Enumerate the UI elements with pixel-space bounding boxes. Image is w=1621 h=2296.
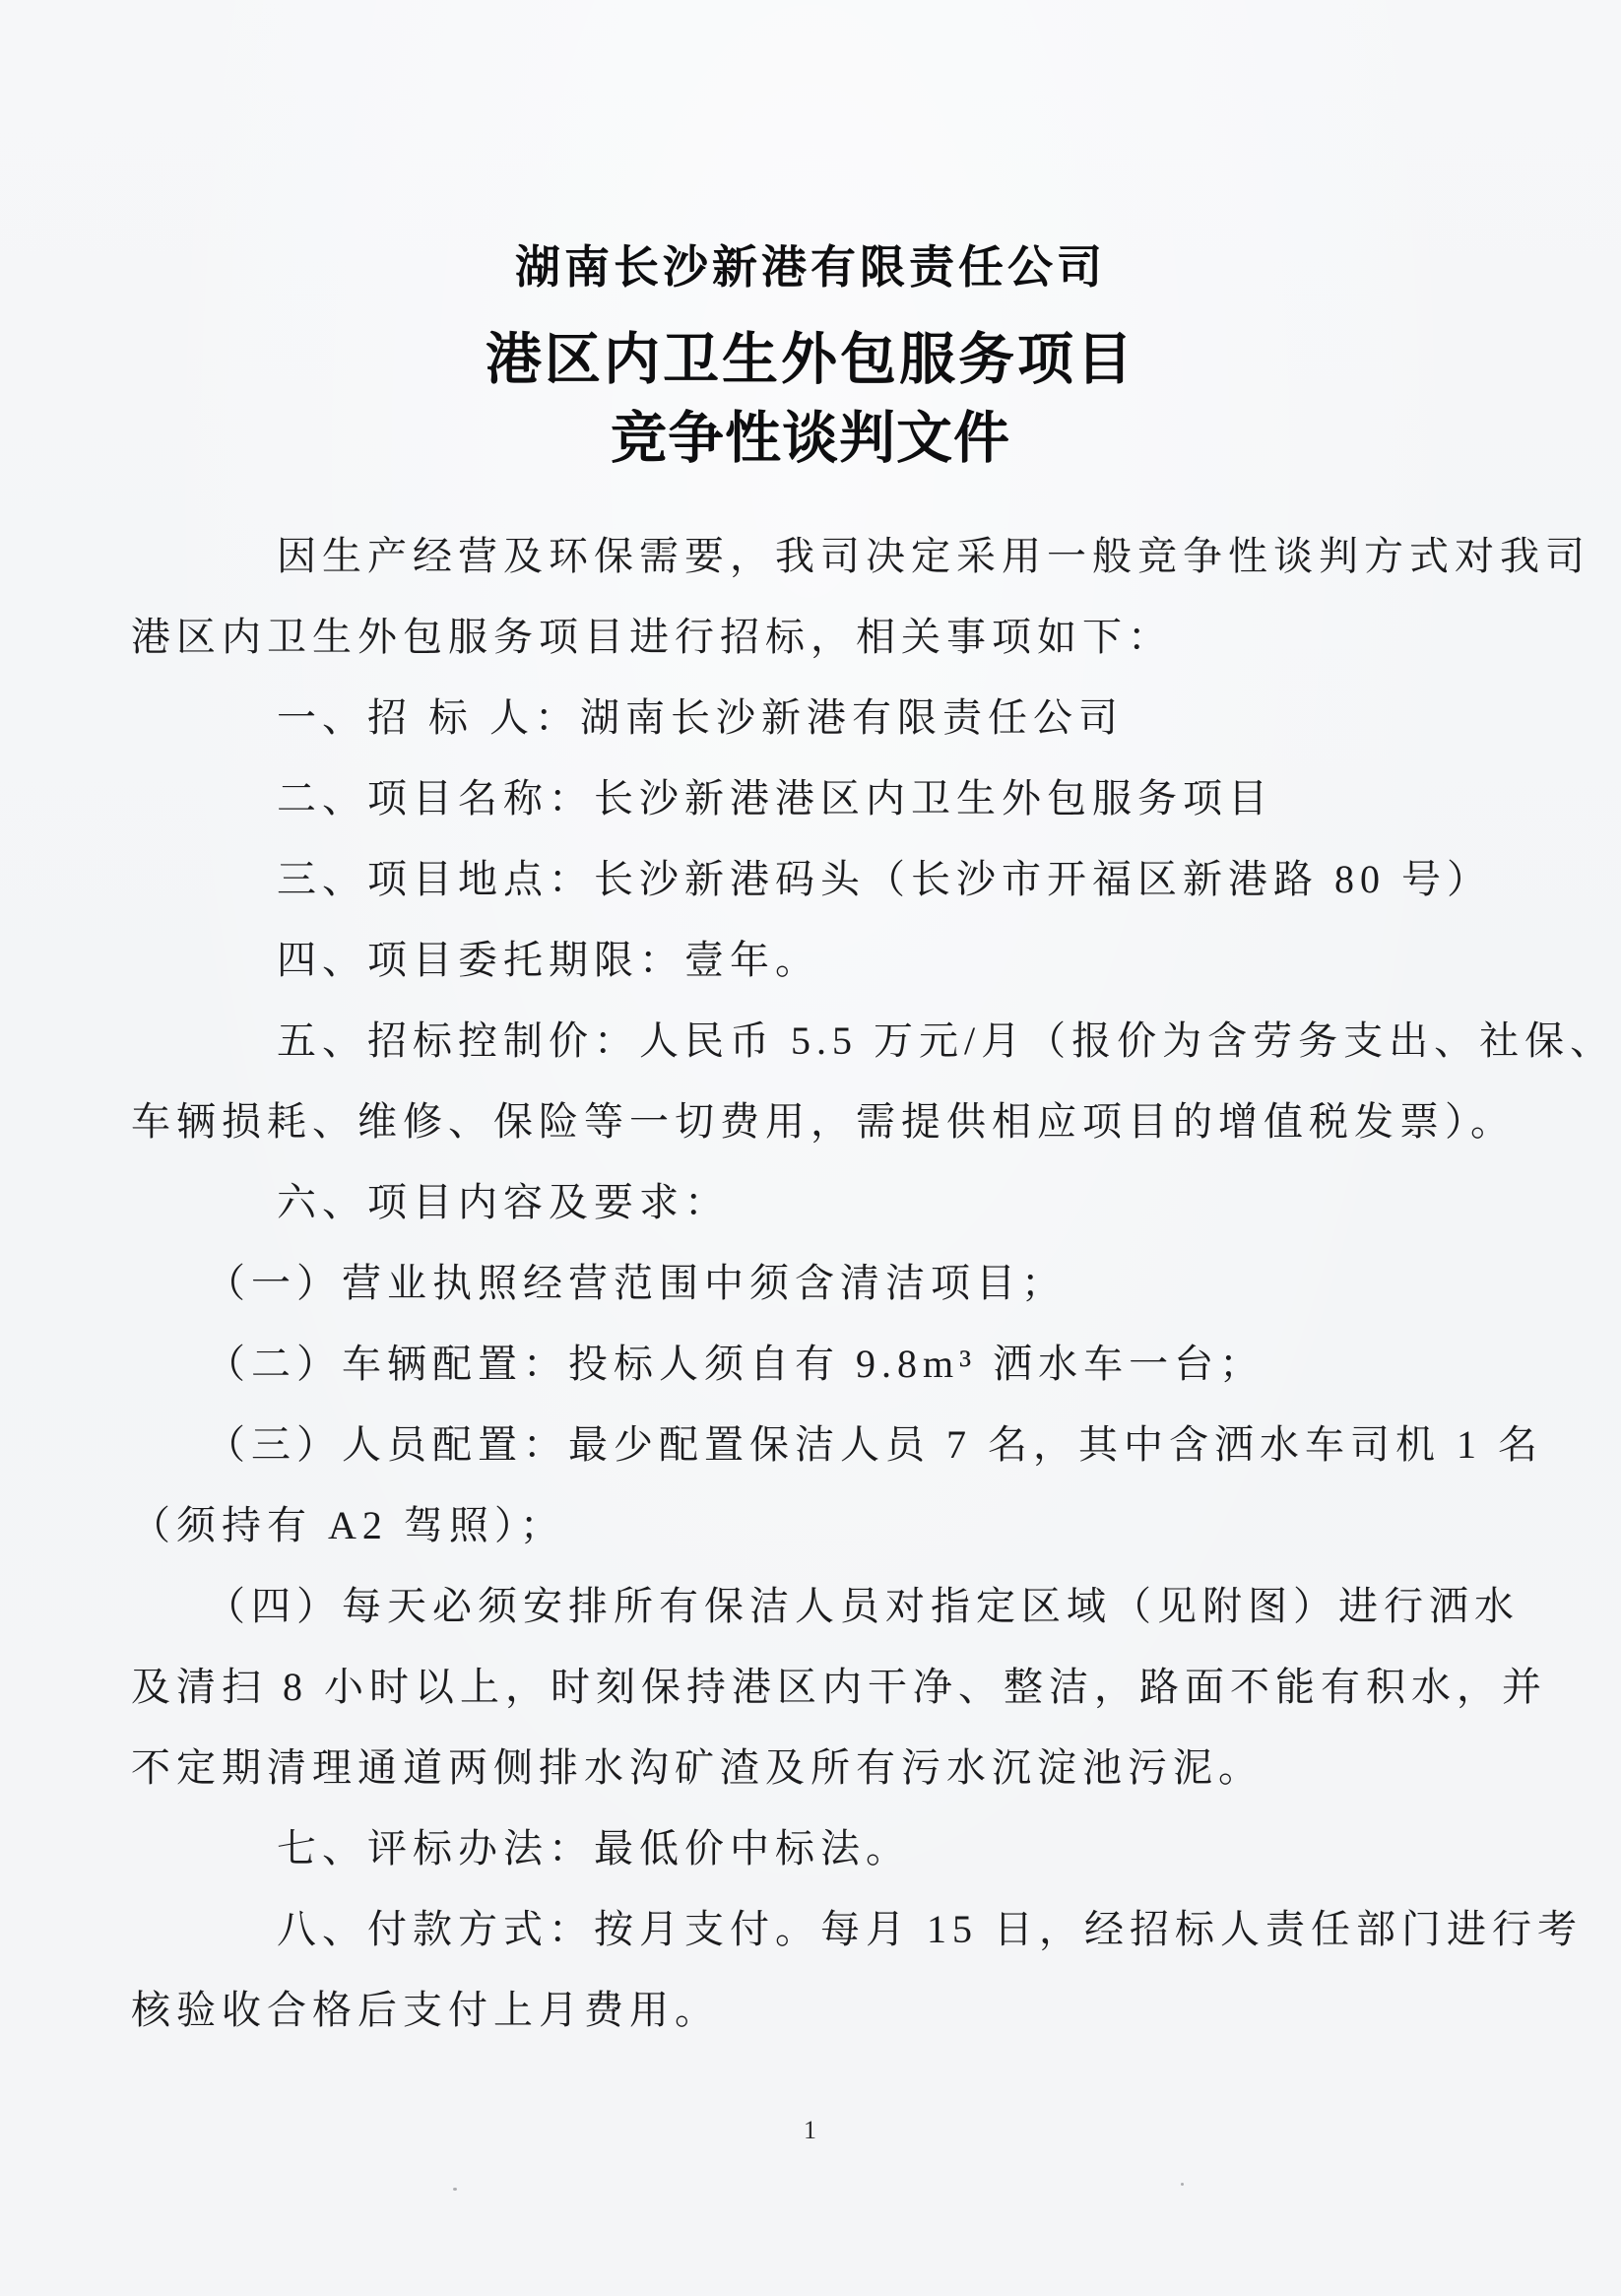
item-6-content-requirements: 六、项目内容及要求： <box>131 1162 1495 1243</box>
item-6-sub-4-daily-cleaning-cont-1: 及清扫 8 小时以上，时刻保持港区内干净、整洁，路面不能有积水，并 <box>131 1647 1495 1728</box>
title-company: 湖南长沙新港有限责任公司 <box>0 236 1621 299</box>
item-8-payment-method: 八、付款方式：按月支付。每月 15 日，经招标人责任部门进行考 <box>131 1889 1495 1970</box>
intro-line-2: 港区内卫生外包服务项目进行招标，相关事项如下： <box>131 597 1495 678</box>
scan-artifact-dot <box>453 2188 457 2191</box>
item-6-sub-3-staff-config-cont: （须持有 A2 驾照）； <box>131 1485 1495 1566</box>
item-6-sub-3-staff-config: （三）人员配置：最少配置保洁人员 7 名，其中含洒水车司机 1 名 <box>131 1405 1495 1485</box>
item-4-entrust-period: 四、项目委托期限：壹年。 <box>131 920 1495 1001</box>
scan-artifact-dot <box>1181 2183 1184 2186</box>
page-footer: 1 <box>0 2116 1621 2145</box>
page-number: 1 <box>804 2116 817 2144</box>
item-6-sub-1-business-license: （一）营业执照经营范围中须含清洁项目； <box>131 1243 1495 1324</box>
item-1-bidder: 一、招 标 人：湖南长沙新港有限责任公司 <box>131 678 1495 758</box>
title-project: 港区内卫生外包服务项目 <box>0 323 1621 398</box>
item-5-control-price-cont: 车辆损耗、维修、保险等一切费用，需提供相应项目的增值税发票）。 <box>131 1082 1495 1162</box>
document-body: 因生产经营及环保需要，我司决定采用一般竞争性谈判方式对我司 港区内卫生外包服务项… <box>131 516 1495 2051</box>
item-2-project-name: 二、项目名称：长沙新港港区内卫生外包服务项目 <box>131 758 1495 839</box>
item-6-sub-4-daily-cleaning: （四）每天必须安排所有保洁人员对指定区域（见附图）进行洒水 <box>131 1566 1495 1647</box>
item-3-project-location: 三、项目地点：长沙新港码头（长沙市开福区新港路 80 号） <box>131 839 1495 920</box>
item-5-control-price: 五、招标控制价：人民币 5.5 万元/月（报价为含劳务支出、社保、 <box>131 1001 1495 1082</box>
item-7-evaluation-method: 七、评标办法：最低价中标法。 <box>131 1808 1495 1889</box>
item-6-sub-2-vehicle-config: （二）车辆配置：投标人须自有 9.8m³ 洒水车一台； <box>131 1324 1495 1405</box>
item-8-payment-method-cont: 核验收合格后支付上月费用。 <box>131 1970 1495 2051</box>
title-doctype: 竞争性谈判文件 <box>0 402 1621 477</box>
scanned-document-page: 湖南长沙新港有限责任公司 港区内卫生外包服务项目 竞争性谈判文件 因生产经营及环… <box>0 0 1621 2296</box>
item-6-sub-4-daily-cleaning-cont-2: 不定期清理通道两侧排水沟矿渣及所有污水沉淀池污泥。 <box>131 1728 1495 1808</box>
intro-line-1: 因生产经营及环保需要，我司决定采用一般竞争性谈判方式对我司 <box>131 516 1495 597</box>
